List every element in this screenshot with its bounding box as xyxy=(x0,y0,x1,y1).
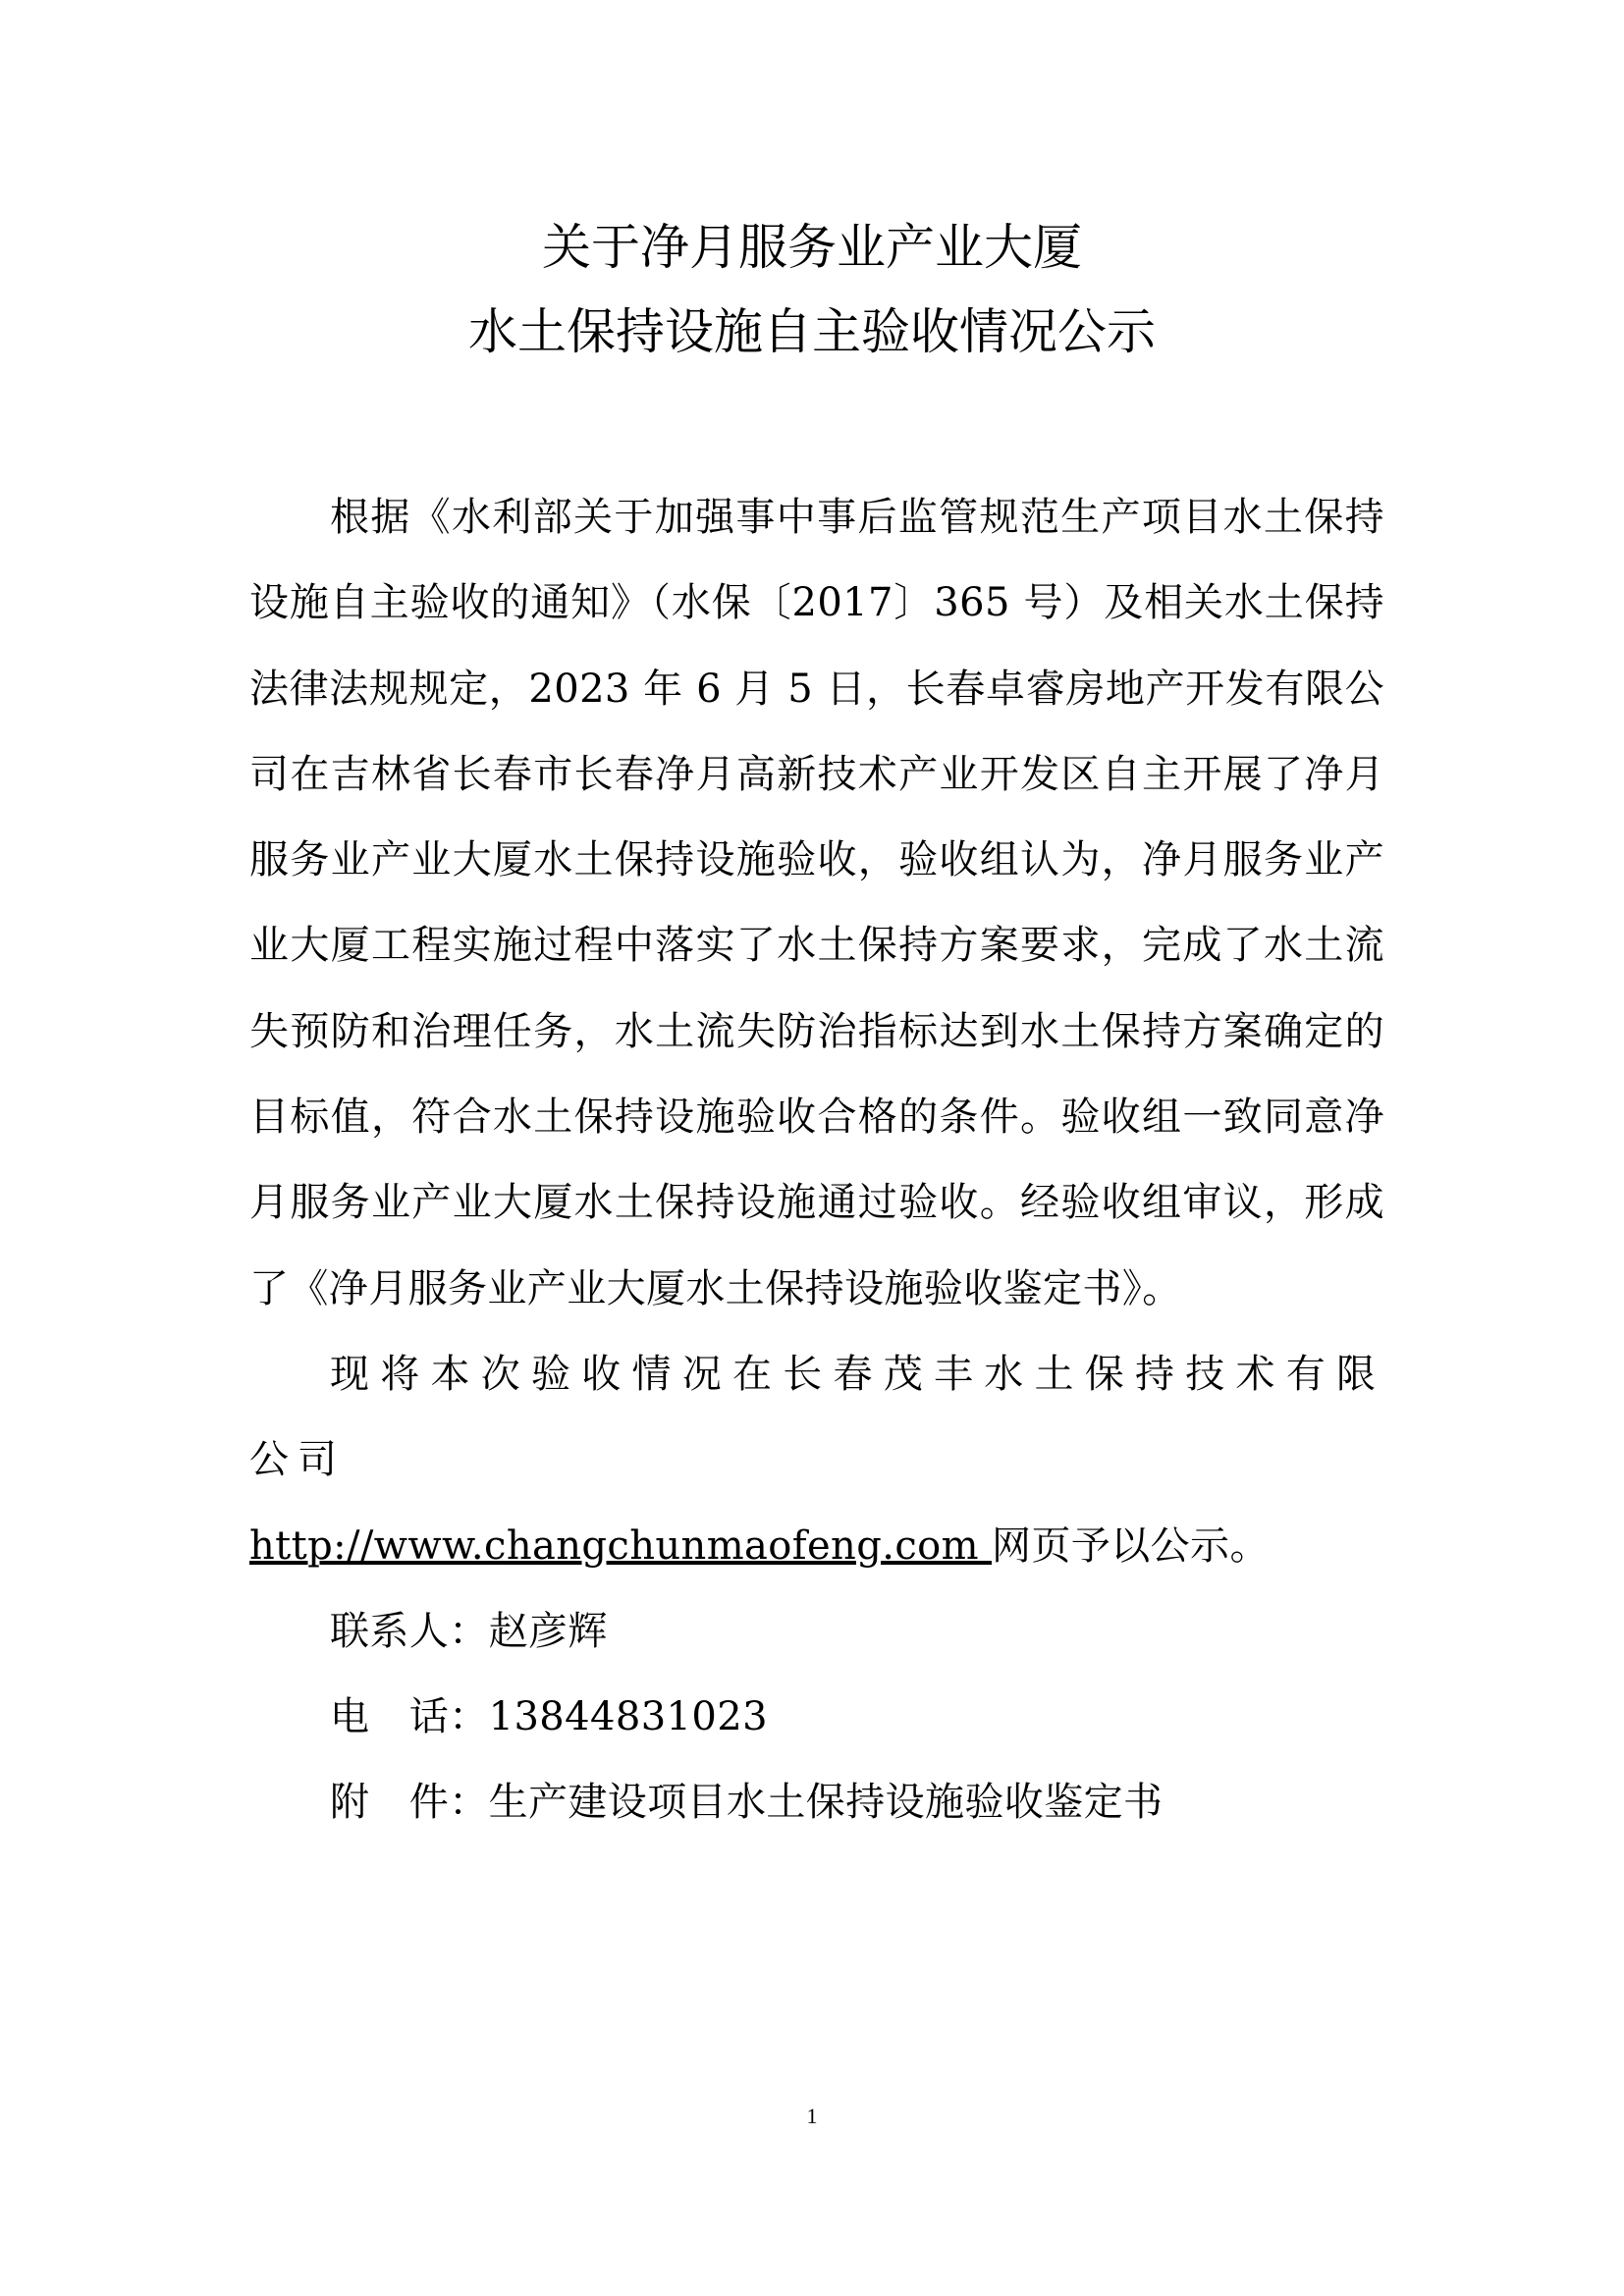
document-title-line2: 水土保持设施自主验收情况公示 xyxy=(0,302,1624,361)
attachment-label: 附 件： xyxy=(330,1780,489,1825)
contact-phone-label: 电 话： xyxy=(330,1694,489,1739)
contact-person: 联系人：赵彦辉 xyxy=(249,1589,1384,1675)
paragraph-main: 根据《水利部关于加强事中事后监管规范生产项目水土保持设施自主验收的通知》（水保〔… xyxy=(249,475,1384,1332)
contact-phone-value: 13844831023 xyxy=(489,1694,768,1739)
publication-suffix: 网页予以公示。 xyxy=(992,1523,1270,1569)
document-body: 根据《水利部关于加强事中事后监管规范生产项目水土保持设施自主验收的通知》（水保〔… xyxy=(249,475,1384,1846)
document-title-line1: 关于净月服务业产业大厦 xyxy=(0,218,1624,277)
publication-text: 现将本次验收情况在长春茂丰水土保持技术有限公司 xyxy=(249,1352,1384,1482)
attachment-value: 生产建设项目水土保持设施验收鉴定书 xyxy=(489,1780,1164,1825)
website-link[interactable]: http://www.changchunmaofeng.com xyxy=(249,1523,992,1569)
contact-phone: 电 话：13844831023 xyxy=(249,1675,1384,1760)
paragraph-publication-cont: http://www.changchunmaofeng.com 网页予以公示。 xyxy=(249,1504,1384,1589)
paragraph-publication: 现将本次验收情况在长春茂丰水土保持技术有限公司 xyxy=(249,1332,1384,1504)
contact-person-label: 联系人： xyxy=(330,1609,489,1654)
attachment: 附 件：生产建设项目水土保持设施验收鉴定书 xyxy=(249,1760,1384,1845)
page-number: 1 xyxy=(0,2104,1624,2129)
contact-person-value: 赵彦辉 xyxy=(489,1609,608,1654)
